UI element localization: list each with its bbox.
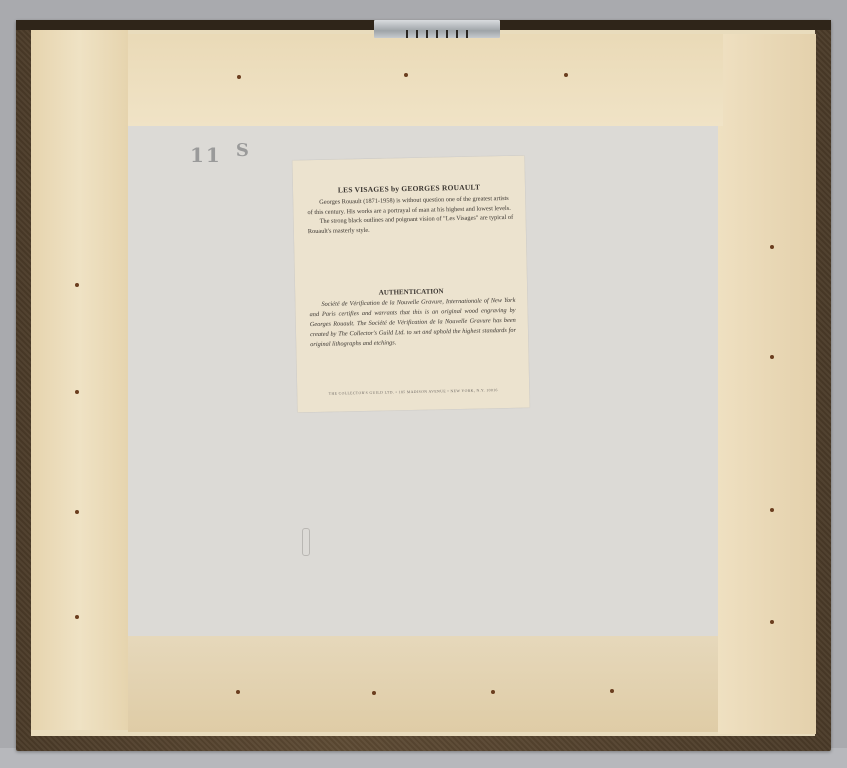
nail: [564, 73, 568, 77]
nail: [770, 355, 774, 359]
nail: [75, 390, 79, 394]
nail: [236, 690, 240, 694]
stamp-letter: S: [236, 140, 251, 161]
nail: [75, 283, 79, 287]
nail: [75, 615, 79, 619]
backing-tape-right: [718, 34, 816, 734]
nail: [491, 690, 495, 694]
auth-text: Société de Vérification de la Nouvelle G…: [309, 296, 516, 350]
sawtooth-hanger-icon: [374, 20, 500, 38]
nail: [404, 73, 408, 77]
paper-hole-mark: [302, 528, 310, 556]
nail: [75, 510, 79, 514]
stamp-number: 11: [190, 143, 222, 167]
backing-tape-top: [128, 34, 723, 126]
nail: [770, 245, 774, 249]
wall-background: [0, 748, 847, 768]
nail: [610, 689, 614, 693]
inventory-stamp: 11S: [190, 143, 251, 167]
intro-paragraph: The strong black outlines and poignant v…: [308, 213, 514, 236]
nail: [372, 691, 376, 695]
label-footer: THE COLLECTOR'S GUILD LTD. • 185 MADISON…: [305, 388, 521, 397]
backing-tape-left: [31, 30, 128, 730]
label-intro: Georges Rouault (1871-1958) is without q…: [307, 194, 514, 236]
nail: [770, 620, 774, 624]
backing-tape-bottom: [128, 636, 718, 732]
nail: [770, 508, 774, 512]
authentication-label: LES VISAGES by GEORGES ROUAULT Georges R…: [292, 156, 529, 413]
nail: [237, 75, 241, 79]
hanger-teeth: [402, 30, 472, 38]
